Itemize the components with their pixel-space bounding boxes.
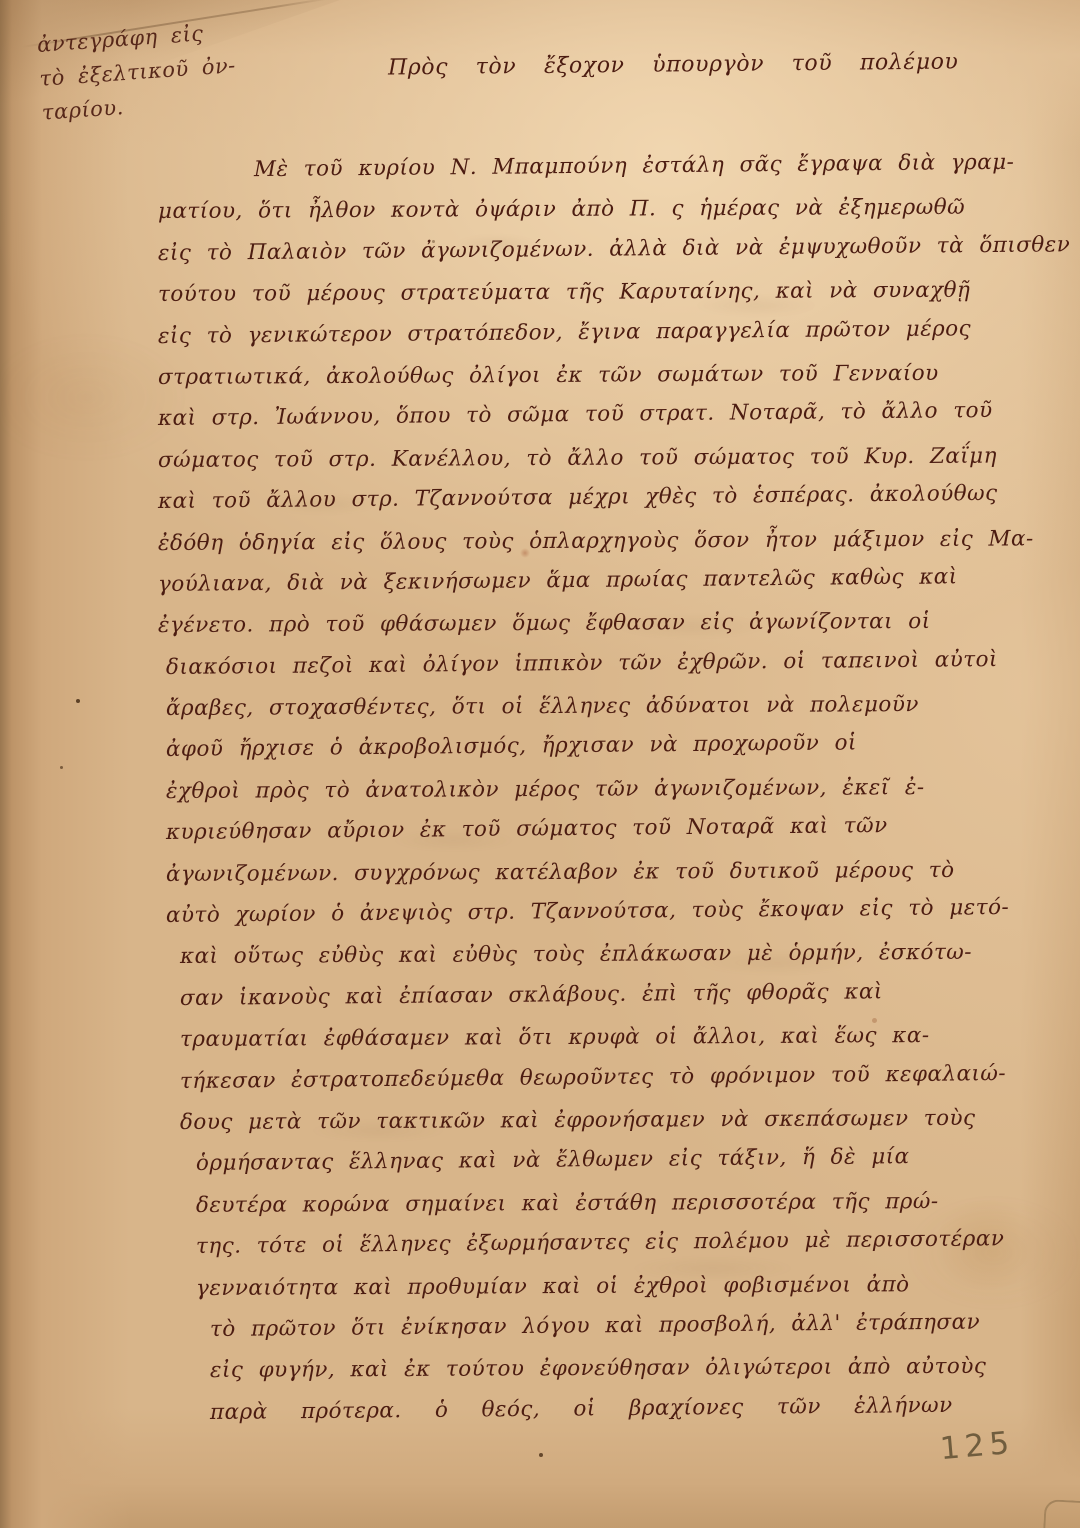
manuscript-line: τὸ πρῶτον ὅτι ἐνίκησαν λόγου καὶ προσβολ… [210,1301,1058,1351]
manuscript-line: καὶ στρ. Ἰωάννου, ὅπου τὸ σῶμα τοῦ στρατ… [158,390,1058,440]
manuscript-line: εἰς τὸ Παλαιὸν τῶν ἀγωνιζομένων. ἀλλὰ δι… [158,224,1058,274]
manuscript-scan: ἀντεγράφη εἰς τὸ ἐξελτικοῦ ὀν- ταρίου. Π… [0,0,1080,1528]
manuscript-line: γούλιανα, διὰ νὰ ξεκινήσωμεν ἅμα πρωίας … [158,555,1058,605]
manuscript-line: ὁρμήσαντας ἕλληνας καὶ νὰ ἔλθωμεν εἰς τά… [196,1135,1058,1185]
manuscript-line: ἀφοῦ ἤρχισε ὁ ἀκροβολισμός, ἤρχισαν νὰ π… [166,721,1058,771]
manuscript-line: τήκεσαν ἐστρατοπεδεύμεθα θεωροῦντες τὸ φ… [180,1052,1058,1102]
manuscript-line: παρὰ πρότερα. ὁ θεός, οἱ βραχίονες τῶν ἑ… [210,1384,1058,1434]
manuscript-line: καὶ τοῦ ἄλλου στρ. Τζαννούτσα μέχρι χθὲς… [158,472,1058,522]
manuscript-line: Μὲ τοῦ κυρίου Ν. Μπαμπούνη ἐστάλη σᾶς ἔγ… [158,141,1058,191]
pencil-folio-number: 125 [939,1425,1016,1467]
manuscript-line: σαν ἱκανοὺς καὶ ἐπίασαν σκλάβους. ἐπὶ τῆ… [180,969,1058,1019]
ink-speck [60,766,63,769]
manuscript-line: αὐτὸ χωρίον ὁ ἀνεψιὸς στρ. Τζαννούτσα, τ… [166,886,1058,936]
manuscript-line: διακόσιοι πεζοὶ καὶ ὀλίγον ἱππικὸν τῶν ἐ… [166,638,1058,688]
manuscript-line: κυριεύθησαν αὔριον ἐκ τοῦ σώματος τοῦ Νο… [166,804,1058,854]
ink-speck [76,699,80,703]
pencil-corner-mark [1043,1499,1080,1528]
manuscript-line: εἰς τὸ γενικώτερον στρατόπεδον, ἔγινα πα… [158,307,1058,357]
manuscript-line: της. τότε οἱ ἕλληνες ἐξωρμήσαντες εἰς πο… [196,1218,1058,1268]
ink-speck [539,1453,543,1457]
letter-body: Μὲ τοῦ κυρίου Ν. Μπαμπούνη ἐστάλη σᾶς ἔγ… [158,150,1058,1433]
archival-margin-note: ἀντεγράφη εἰς τὸ ἐξελτικοῦ ὀν- ταρίου. [36,8,322,129]
